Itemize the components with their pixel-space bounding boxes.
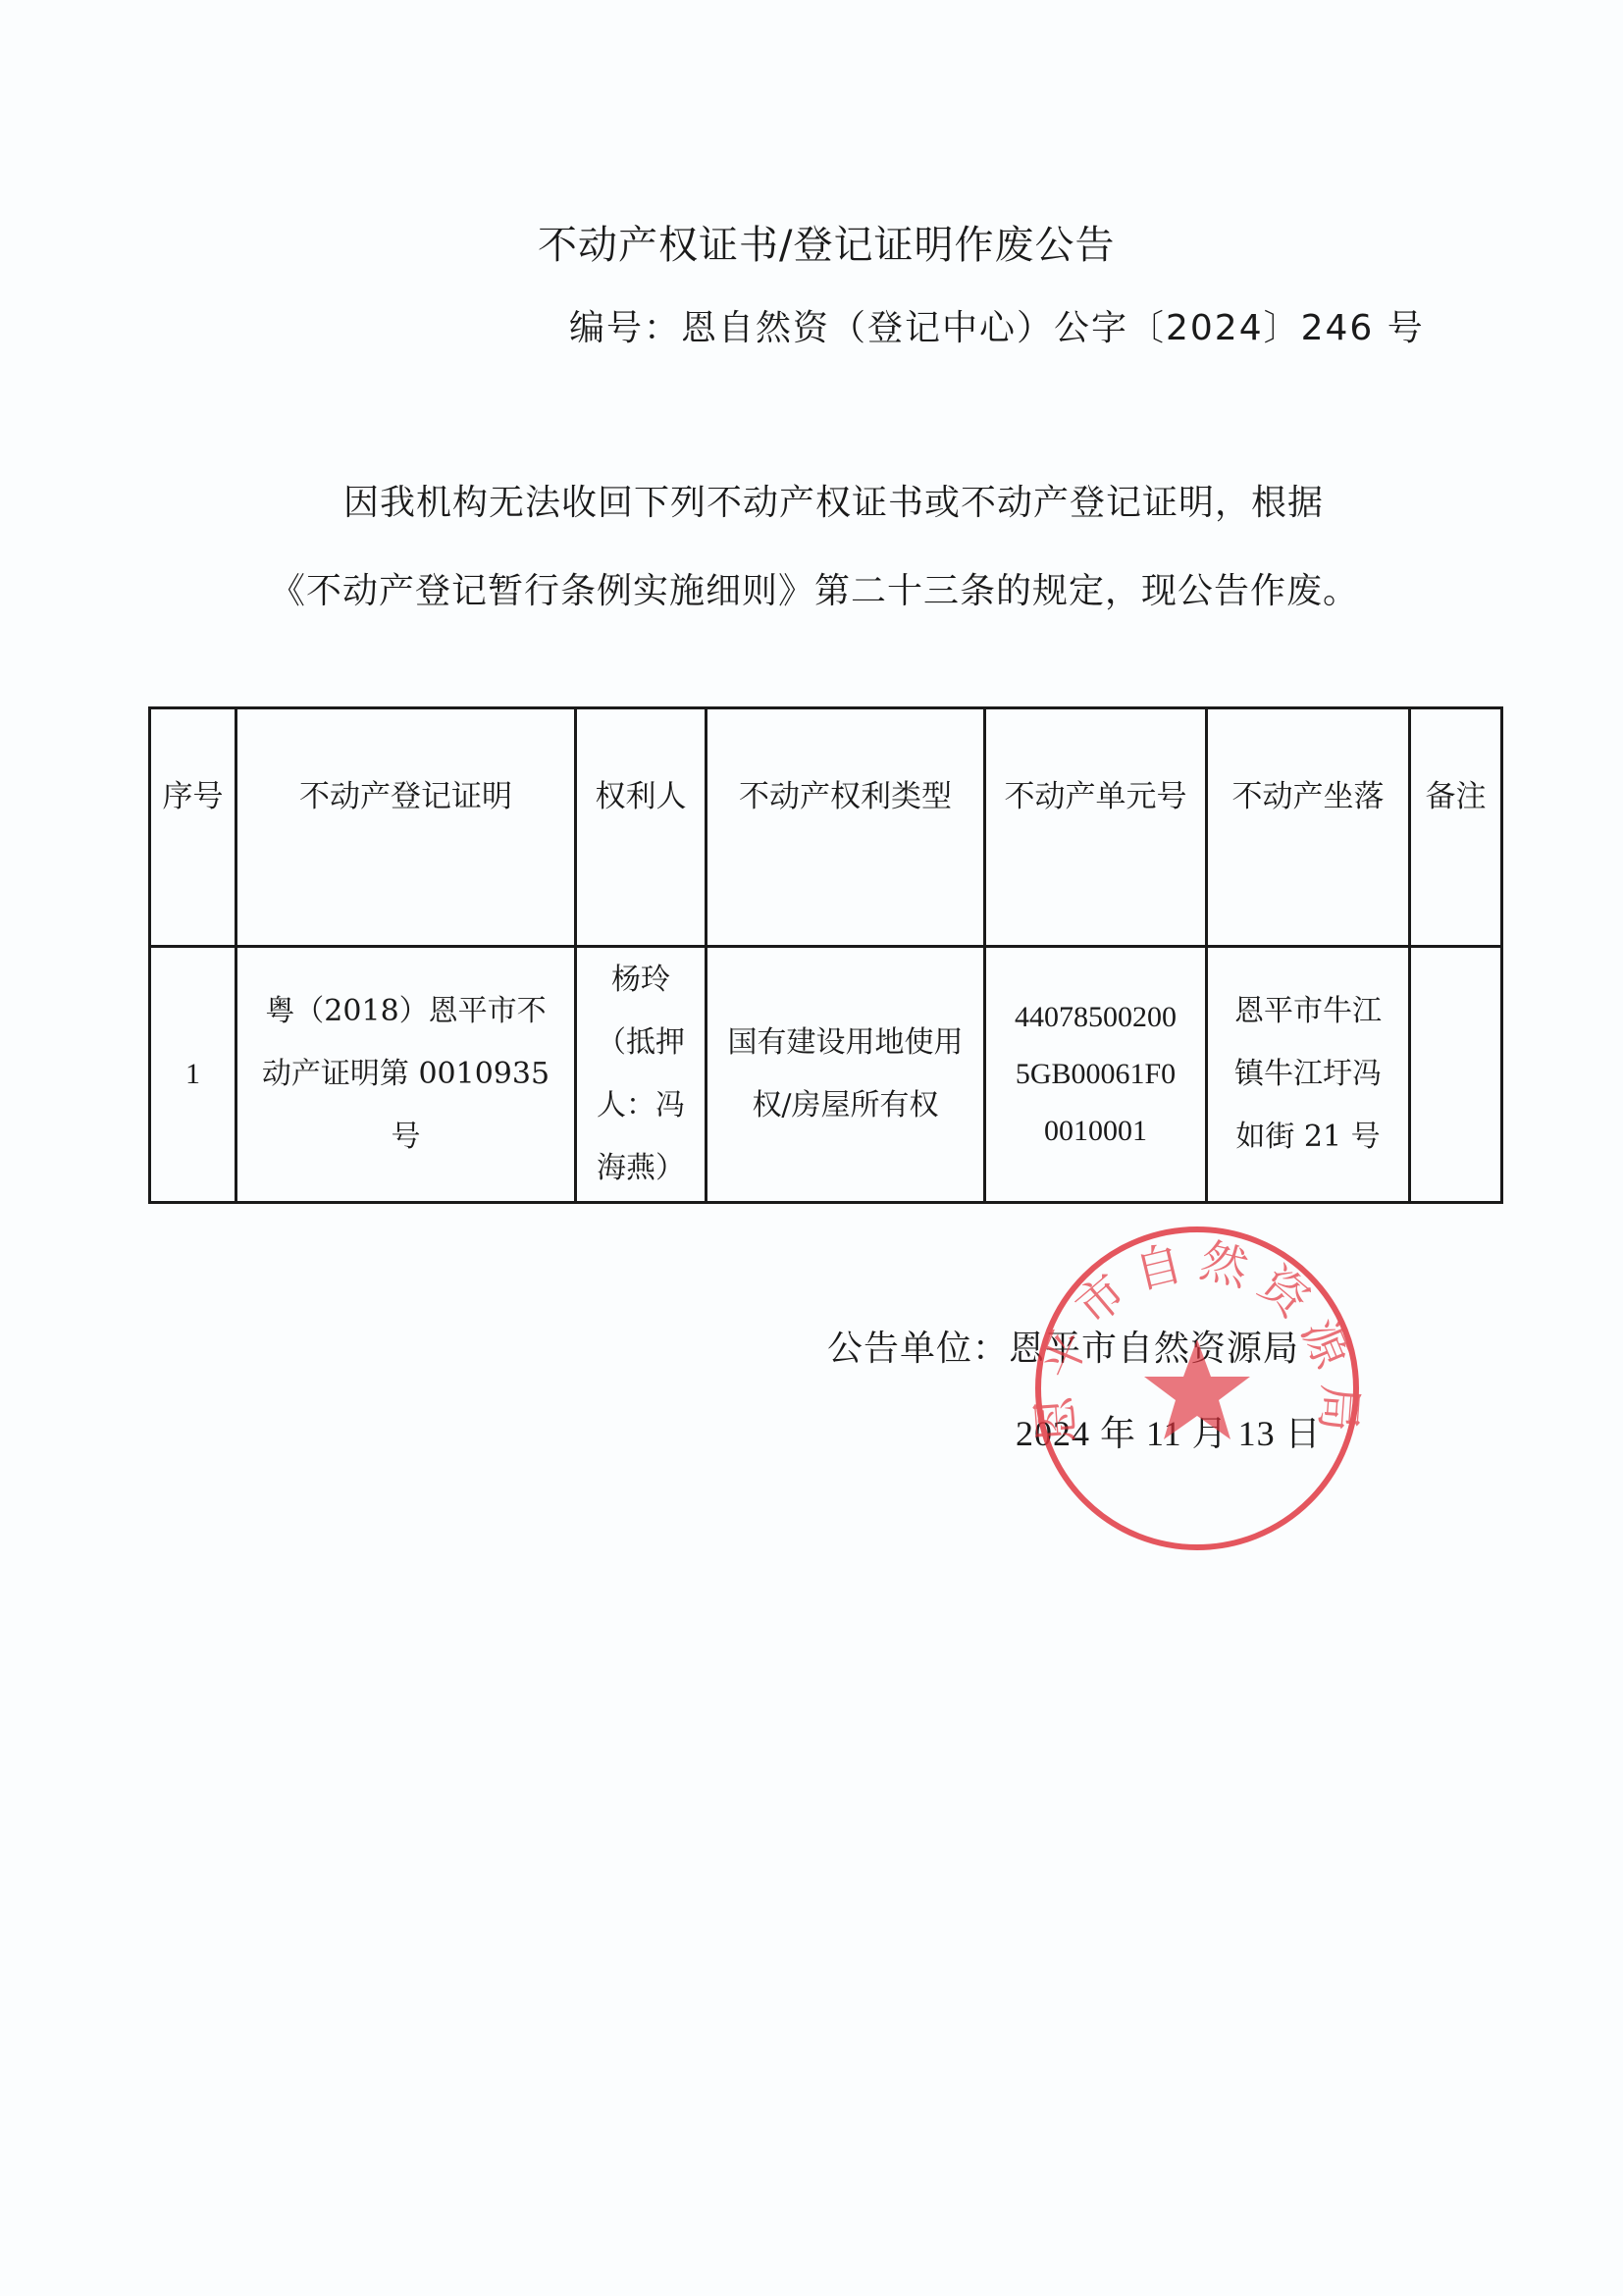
cell-certificate: 粤（2018）恩平市不动产证明第 0010935 号: [236, 947, 576, 1203]
official-seal: 恩平市自然资源局: [1032, 1224, 1362, 1553]
right-type-text: 国有建设用地使用权/房屋所有权: [728, 1025, 964, 1122]
header-index: 序号: [150, 708, 236, 947]
header-certificate: 不动产登记证明: [236, 708, 576, 947]
certificate-text: 粤（2018）恩平市不动产证明第 0010935 号: [262, 994, 550, 1154]
seal-graphic: 恩平市自然资源局: [1032, 1224, 1362, 1553]
void-certificate-table: 序号 不动产登记证明 权利人 不动产权利类型 不动产单元号 不动产坐落 备注 1…: [148, 706, 1503, 1204]
location-line: 如街 21 号: [1214, 1106, 1402, 1169]
header-right-type: 不动产权利类型: [707, 708, 985, 947]
cell-remarks: [1410, 947, 1502, 1203]
header-remarks: 备注: [1410, 708, 1502, 947]
unit-number-line: 44078500200: [992, 989, 1199, 1046]
cell-location: 恩平市牛江 镇牛江圩冯 如街 21 号: [1207, 947, 1410, 1203]
header-rights-holder: 权利人: [576, 708, 707, 947]
table-header-row: 序号 不动产登记证明 权利人 不动产权利类型 不动产单元号 不动产坐落 备注: [150, 708, 1502, 947]
rights-holder-line: 杨玲: [581, 949, 701, 1012]
unit-number-line: 0010001: [992, 1103, 1199, 1160]
cell-right-type: 国有建设用地使用权/房屋所有权: [707, 947, 985, 1203]
cell-index: 1: [150, 947, 236, 1203]
header-location: 不动产坐落: [1207, 708, 1410, 947]
header-unit-number: 不动产单元号: [985, 708, 1207, 947]
seal-ring: [1038, 1229, 1356, 1547]
cell-unit-number: 44078500200 5GB00061F0 0010001: [985, 947, 1207, 1203]
body-paragraph-line-2: 《不动产登记暂行条例实施细则》第二十三条的规定，现公告作废。: [270, 567, 1359, 616]
rights-holder-line: （抵押: [581, 1012, 701, 1074]
document-number: 编号：恩自然资（登记中心）公字〔2024〕246 号: [569, 304, 1425, 353]
document-title: 不动产权证书/登记证明作废公告: [538, 220, 1115, 271]
location-line: 恩平市牛江: [1214, 980, 1402, 1043]
unit-number-line: 5GB00061F0: [992, 1046, 1199, 1103]
body-paragraph-line-1: 因我机构无法收回下列不动产权证书或不动产登记证明，根据: [343, 479, 1324, 528]
issuing-authority: 公告单位：恩平市自然资源局: [827, 1325, 1299, 1374]
location-line: 镇牛江圩冯: [1214, 1043, 1402, 1106]
issue-date: 2024 年 11 月 13 日: [1016, 1409, 1322, 1458]
void-certificate-table-container: 序号 不动产登记证明 权利人 不动产权利类型 不动产单元号 不动产坐落 备注 1…: [148, 706, 1500, 1133]
table-row: 1 粤（2018）恩平市不动产证明第 0010935 号 杨玲 （抵押 人：冯 …: [150, 947, 1502, 1203]
rights-holder-line: 人：冯: [581, 1074, 701, 1137]
cell-rights-holder: 杨玲 （抵押 人：冯 海燕）: [576, 947, 707, 1203]
rights-holder-line: 海燕）: [581, 1137, 701, 1200]
